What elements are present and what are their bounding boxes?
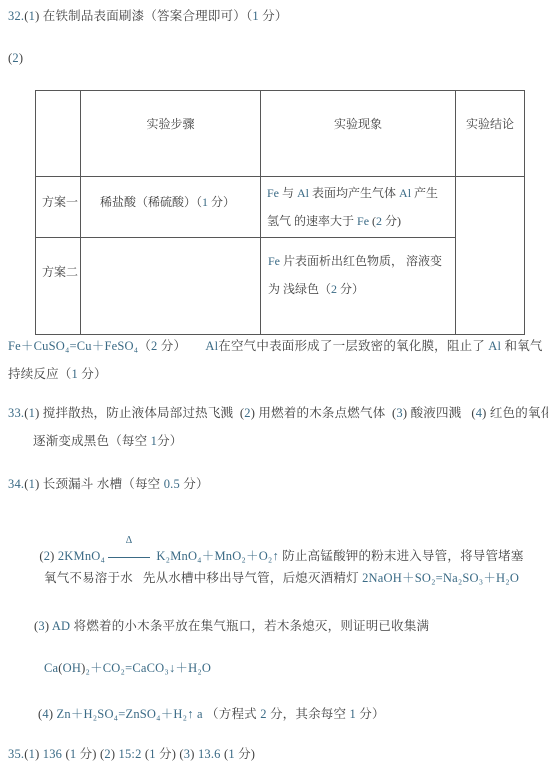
table-row1-phenomenon: Fe 与 Al 表面均产生气体 Al 产生氢气 的速率大于 Fe (2 分): [261, 177, 456, 238]
answer-32-conclusion: Fe＋CuSO₄=Cu＋FeSO₄（2 分） Al在空气中表面形成了一层致密的氧…: [8, 332, 545, 388]
answer-34-4: (4) Zn＋H₂SO₄=ZnSO₄＋H₂↑ a （方程式 2 分，其余每空 1…: [38, 700, 543, 728]
table-header-conclusion: 实验结论: [456, 91, 524, 177]
answer-33: 33.(1) 搅拌散热，防止液体局部过热飞溅 (2) 用燃着的木条点燃气体 (3…: [8, 399, 548, 455]
answer-34-3: (3) AD 将燃着的小木条平放在集气瓶口，若木条熄灭，则证明已收集满: [34, 612, 544, 640]
answer-32-1: 32.(1) 在铁制品表面刷漆（答案合理即可）（1 分）: [8, 2, 545, 30]
delta-symbol: Δ: [126, 536, 133, 546]
heating-condition-line: Δ: [108, 548, 150, 558]
table-row1-steps: 稀盐酸（稀硫酸）（1 分）: [81, 177, 261, 238]
table-row1-scheme: 方案一: [36, 177, 81, 238]
table-conclusion-cell: [456, 177, 524, 334]
table-header-phenomenon: 实验现象: [261, 91, 456, 177]
answer-sheet-page: 32.(1) 在铁制品表面刷漆（答案合理即可）（1 分） (2) 实验 方案 实…: [0, 0, 548, 772]
table-row2-scheme: 方案二: [36, 238, 81, 334]
answer-35: 35.(1) 136 (1 分) (2) 15:2 (1 分) (3) 13.6…: [8, 740, 543, 768]
experiment-table: 实验 方案 实验步骤 实验现象 实验结论 方案一 稀盐酸（稀硫酸）（1 分） F…: [35, 90, 525, 335]
table-row2-phenomenon: Fe 片表面析出红色物质， 溶液变为 浅绿色（2 分）: [261, 238, 456, 334]
table-header-scheme: 实验 方案: [36, 91, 81, 177]
answer-34-2-line2: 氧气不易溶于水 先从水槽中移出导气管，后熄灭酒精灯 2NaOH＋SO₂=Na₂S…: [44, 564, 544, 592]
equation-kmno4-left: (2) 2KMnO₄: [39, 549, 105, 563]
equation-kmno4-right: K₂MnO₄＋MnO₂＋O₂↑ 防止高锰酸钾的粉末进入导管，将导管堵塞: [153, 549, 524, 563]
answer-34-3-equation: Ca(OH)₂＋CO₂=CaCO₃↓＋H₂O: [44, 654, 211, 682]
answer-34-1: 34.(1) 长颈漏斗 水槽（每空 0.5 分）: [8, 470, 209, 498]
table-header-steps: 实验步骤: [81, 91, 261, 177]
table-row2-steps: [81, 238, 261, 334]
answer-32-2-label: (2): [8, 44, 23, 72]
